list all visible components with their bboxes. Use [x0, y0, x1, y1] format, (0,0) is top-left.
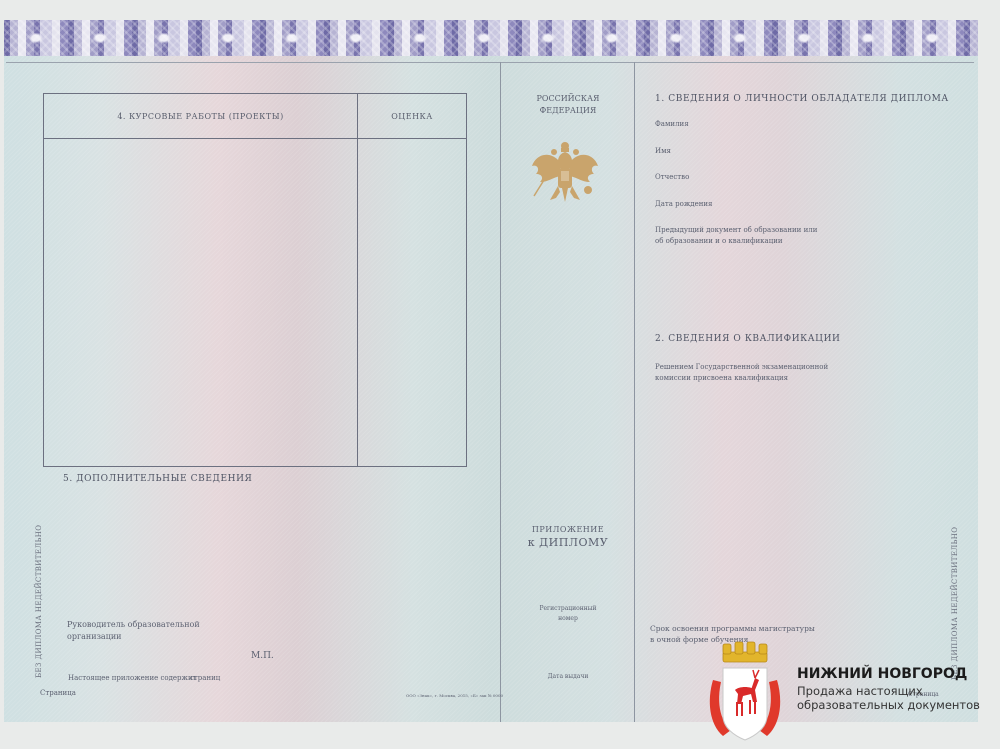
guilloche-border: [4, 20, 978, 56]
left-page-label: Страница: [40, 687, 76, 699]
grade-cell[interactable]: [358, 139, 467, 467]
country-name: РОССИЙСКАЯ ФЕДЕРАЦИЯ: [502, 93, 634, 117]
field-patronymic: Отчество: [655, 171, 689, 183]
stamp-mark: М.П.: [251, 650, 274, 662]
watermark-line1: Продажа настоящих: [797, 684, 923, 698]
pages-count-suffix: страниц: [190, 672, 220, 684]
qual-line1: Решением Государственной экзаменационной: [655, 362, 828, 373]
grade-header: ОЦЕНКА: [358, 94, 467, 139]
printer-note: ООО «Знак», г. Москва, 2015, «Б» зак № 0…: [406, 690, 503, 702]
qualification-label: Решением Государственной экзаменационной…: [655, 362, 828, 384]
watermark-city: НИЖНИЙ НОВГОРОД: [797, 666, 967, 682]
previous-document-label: Предыдущий документ об образовании или о…: [655, 225, 817, 247]
section2-title: 2. СВЕДЕНИЯ О КВАЛИФИКАЦИИ: [655, 334, 840, 344]
prev-doc-line1: Предыдущий документ об образовании или: [655, 225, 817, 236]
head-label-line1: Руководитель образовательной: [67, 619, 200, 631]
courses-cell[interactable]: [44, 139, 358, 467]
field-surname: Фамилия: [655, 118, 689, 130]
document-title: ПРИЛОЖЕНИЕ к ДИПЛОМУ: [502, 524, 634, 550]
prev-doc-line2: об образовании и о квалификации: [655, 236, 817, 247]
courses-table: 4. КУРСОВЫЕ РАБОТЫ (ПРОЕКТЫ) ОЦЕНКА: [43, 93, 467, 467]
right-side-note: БЕЗ ДИПЛОМА НЕДЕЙСТВИТЕЛЬНО: [951, 527, 959, 680]
head-label: Руководитель образовательной организации: [67, 619, 200, 643]
reg-label-line1: Регистрационный: [502, 604, 634, 614]
country-line1: РОССИЙСКАЯ: [502, 93, 634, 105]
pages-count-field[interactable]: [157, 672, 189, 682]
top-rule: [6, 62, 974, 63]
title-line2: к ДИПЛОМУ: [502, 536, 634, 550]
reg-number-label: Регистрационный номер: [502, 604, 634, 624]
fold-line-right: [634, 62, 635, 722]
qual-line2: комиссии присвоена квалификация: [655, 373, 828, 384]
russian-coat-of-arms-icon: [530, 140, 600, 208]
field-birthdate: Дата рождения: [655, 198, 712, 210]
head-label-line2: организации: [67, 631, 200, 643]
nizhny-novgorod-coat-of-arms-icon: [705, 640, 785, 749]
left-side-note: БЕЗ ДИПЛОМА НЕДЕЙСТВИТЕЛЬНО: [35, 525, 43, 678]
fold-line-left: [500, 62, 501, 722]
watermark-line2: образовательных документов: [797, 698, 980, 712]
duration-line1: Срок освоения программы магистратуры: [650, 623, 815, 634]
section5-title: 5. ДОПОЛНИТЕЛЬНЫЕ СВЕДЕНИЯ: [63, 474, 252, 484]
country-line2: ФЕДЕРАЦИЯ: [502, 105, 634, 117]
courses-header: 4. КУРСОВЫЕ РАБОТЫ (ПРОЕКТЫ): [44, 94, 358, 139]
section1-title: 1. СВЕДЕНИЯ О ЛИЧНОСТИ ОБЛАДАТЕЛЯ ДИПЛОМ…: [655, 94, 949, 104]
issue-date-label: Дата выдачи: [502, 671, 634, 683]
title-line1: ПРИЛОЖЕНИЕ: [502, 524, 634, 536]
field-name: Имя: [655, 145, 671, 157]
reg-label-line2: номер: [502, 614, 634, 624]
